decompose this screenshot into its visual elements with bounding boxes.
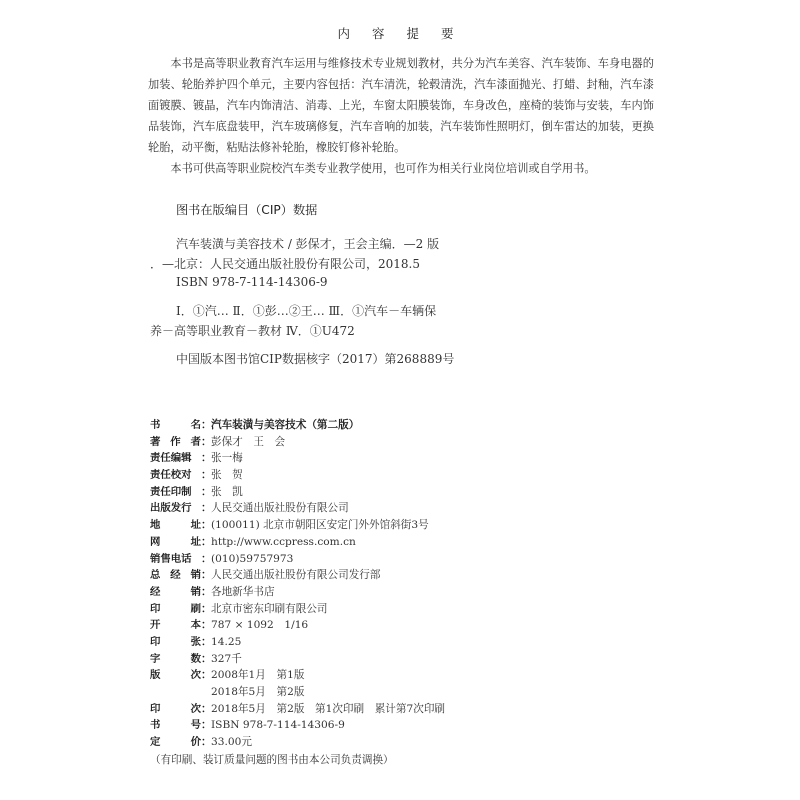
isbn-value: ISBN 978-7-114-14306-9 [211,717,345,734]
colophon-label: 责任校对 [150,467,201,484]
publisher-value: 人民交通出版社股份有限公司 [211,500,349,517]
impression-value: 2018年5月 第2版 第1次印刷 累计第7次印刷 [211,701,445,718]
proofreader-value: 张 贺 [211,467,243,484]
sheets-value: 14.25 [211,634,241,651]
editor-value: 张一梅 [211,450,243,467]
wordcount-value: 327千 [211,651,242,668]
colophon-label: 书号 [150,717,201,734]
print-manager-value: 张 凯 [211,484,243,501]
colophon-row-sheets: 印张： 14.25 [150,634,445,651]
colophon-label: 著作者 [150,434,201,451]
author-value: 彭保才 王 会 [211,434,285,451]
colophon-row-price: 定价： 33.00元 [150,734,445,751]
colophon-label [150,684,201,701]
phone-value: (010)59757973 [211,551,293,568]
colophon-row-phone: 销售电话： (010)59757973 [150,551,445,568]
summary-paragraph: 本书可供高等职业院校汽车类专业教学使用，也可作为相关行业岗位培训或自学用书。 [148,158,654,179]
colophon-row-format: 开本： 787 × 1092 1/16 [150,617,445,634]
address-value: (100011) 北京市朝阳区安定门外外馆斜街3号 [211,517,429,534]
colophon-row-address: 地址： (100011) 北京市朝阳区安定门外外馆斜街3号 [150,517,445,534]
colophon-row-isbn: 书号： ISBN 978-7-114-14306-9 [150,717,445,734]
website-value: http://www.ccpress.com.cn [211,534,356,551]
summary-body: 本书是高等职业教育汽车运用与维修技术专业规划教材，共分为汽车美容、汽车装饰、车身… [148,53,654,179]
book-title-value: 汽车装潢与美容技术（第二版） [211,417,359,434]
colophon-label: 地址 [150,517,201,534]
book-copyright-page: 内 容 提 要 本书是高等职业教育汽车运用与维修技术专业规划教材，共分为汽车美容… [0,0,800,800]
summary-title: 内 容 提 要 [0,24,800,42]
colophon-label: 印次 [150,701,201,718]
cip-title-line: 汽车装潢与美容技术 / 彭保才，王会主编．—2 版 [176,235,439,252]
colophon-row-printer: 印刷： 北京市密东印刷有限公司 [150,601,445,618]
colophon-label: 总经销 [150,567,201,584]
edition-value-2: 2018年5月 第2版 [211,684,304,701]
printer-value: 北京市密东印刷有限公司 [211,601,328,618]
colophon-label: 开本 [150,617,201,634]
colophon-row-impression: 印次： 2018年5月 第2版 第1次印刷 累计第7次印刷 [150,701,445,718]
price-value: 33.00元 [211,734,252,751]
seller-value: 各地新华书店 [211,584,275,601]
cip-publisher-line: ．—北京：人民交通出版社股份有限公司，2018.5 [150,255,420,272]
colophon-label: 经销 [150,584,201,601]
colophon-label: 责任印制 [150,484,201,501]
format-value: 787 × 1092 1/16 [211,617,308,634]
quality-note: （有印刷、装订质量问题的图书由本公司负责调换） [150,752,445,769]
cip-class-line: Ⅰ．①汽… Ⅱ．①彭…②王… Ⅲ．①汽车－车辆保 [176,302,436,319]
colophon-row-wordcount: 字数： 327千 [150,651,445,668]
edition-value: 2008年1月 第1版 [211,667,304,684]
colophon-row-author: 著作者： 彭保才 王 会 [150,434,445,451]
colophon-row-print-manager: 责任印制： 张 凯 [150,484,445,501]
colophon-row-edition-2: 2018年5月 第2版 [150,684,445,701]
colophon: 书名： 汽车装潢与美容技术（第二版） 著作者： 彭保才 王 会 责任编辑： 张一… [150,417,445,768]
distributor-value: 人民交通出版社股份有限公司发行部 [211,567,381,584]
colophon-row-seller: 经销： 各地新华书店 [150,584,445,601]
colophon-label: 责任编辑 [150,450,201,467]
colophon-row-distributor: 总经销： 人民交通出版社股份有限公司发行部 [150,567,445,584]
colophon-label: 出版发行 [150,500,201,517]
cip-isbn-line: ISBN 978-7-114-14306-9 [176,275,328,289]
colophon-row-editor: 责任编辑： 张一梅 [150,450,445,467]
colophon-row-publisher: 出版发行： 人民交通出版社股份有限公司 [150,500,445,517]
colophon-label: 字数 [150,651,201,668]
colophon-label: 网址 [150,534,201,551]
colophon-row-edition: 版次： 2008年1月 第1版 [150,667,445,684]
cip-record-number: 中国版本图书馆CIP数据核字（2017）第268889号 [176,350,454,367]
colophon-label: 定价 [150,734,201,751]
colophon-label: 书名 [150,417,201,434]
colophon-row-title: 书名： 汽车装潢与美容技术（第二版） [150,417,445,434]
colophon-row-website: 网址： http://www.ccpress.com.cn [150,534,445,551]
colophon-label: 印张 [150,634,201,651]
colophon-row-proofreader: 责任校对： 张 贺 [150,467,445,484]
cip-heading: 图书在版编目（CIP）数据 [176,201,317,218]
colophon-label: 印刷 [150,601,201,618]
cip-class-line-2: 养－高等职业教育－教材 Ⅳ．①U472 [150,322,355,339]
summary-paragraph: 本书是高等职业教育汽车运用与维修技术专业规划教材，共分为汽车美容、汽车装饰、车身… [148,53,654,158]
colophon-label: 销售电话 [150,551,201,568]
colophon-label: 版次 [150,667,201,684]
